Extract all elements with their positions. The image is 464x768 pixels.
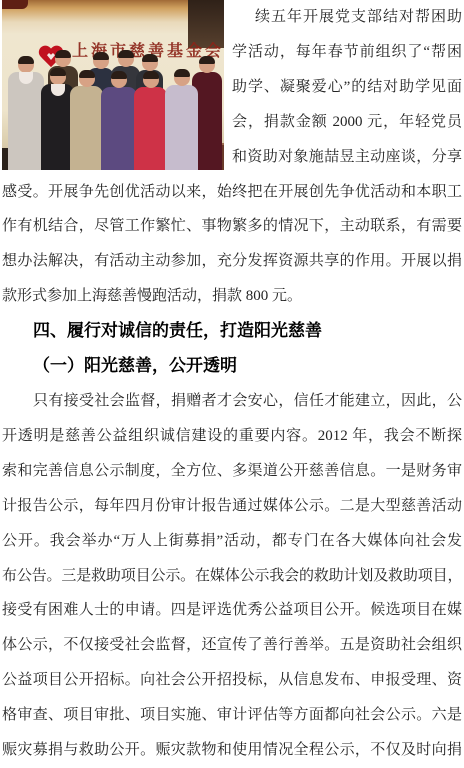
scarf-shape <box>19 72 33 84</box>
paragraph-line: 索和完善信息公示制度，全方位、多渠道公开慈善信息。一是财务审 <box>2 454 462 489</box>
paragraph-line: 款形式参加上海慈善慢跑活动，捐款 800 元。 <box>2 279 462 314</box>
paragraph-line: 作有机结合，尽管工作繁忙、事物繁多的情况下，主动联系，有需要 <box>2 209 462 244</box>
group-photo: 上海市慈善基金会 <box>2 0 224 170</box>
person-figure <box>134 87 167 170</box>
photo-door-shape <box>188 0 224 48</box>
photo-ceiling-shadow <box>2 0 28 9</box>
document-page: 上海市慈善基金会 续五年开展党支部结对帮困助 学活动，每年春节前组织了“帮困 助… <box>0 0 464 768</box>
person-figure <box>70 86 103 170</box>
person-figure <box>101 87 137 170</box>
paragraph-line: 只有接受社会监督，捐赠者才会安心，信任才能建立，因此，公 <box>2 384 462 419</box>
paragraph-line: 公开。我会举办“万人上街募捐”活动，都专门在各大媒体向社会发 <box>2 524 462 559</box>
paragraph-line: 赈灾募捐与救助公开。赈灾款物和使用情况全程公示，不仅及时向捐 <box>2 733 462 768</box>
paragraph-line: 体公示，不仅接受社会监督，还宣传了善行善举。五是资助社会组织 <box>2 628 462 663</box>
scarf-shape <box>51 84 65 96</box>
person-figure <box>165 85 198 170</box>
person-figure <box>8 72 44 170</box>
paragraph-line: 开透明是慈善公益组织诚信建设的重要内容。2012 年，我会不断探 <box>2 419 462 454</box>
paragraph-line: 布公告。三是救助项目公示。在媒体公示我会的救助计划及救助项目， <box>2 559 462 594</box>
paragraph-line: 格审查、项目审批、项目实施、审计评估等方面都向社会公示。六是 <box>2 698 462 733</box>
paragraph-line: 公益项目公开招标。向社会公开招投标，从信息发布、申报受理、资 <box>2 663 462 698</box>
paragraph-line: 计报告公示，每年四月份审计报告通过媒体公示。二是大型慈善活动 <box>2 489 462 524</box>
subsection-heading: （一）阳光慈善，公开透明 <box>2 349 462 384</box>
paragraph-line: 接受有困难人士的申请。四是评选优秀公益项目公开。候选项目在媒 <box>2 593 462 628</box>
paragraph-line: 感受。开展争先创优活动以来，始终把在开展创先争优活动和本职工 <box>2 175 462 210</box>
heart-inner-icon <box>47 53 55 60</box>
paragraph-line: 想办法解决，有活动主动参加，充分发挥资源共享的作用。开展以捐 <box>2 244 462 279</box>
section-heading: 四、履行对诚信的责任，打造阳光慈善 <box>2 314 462 349</box>
